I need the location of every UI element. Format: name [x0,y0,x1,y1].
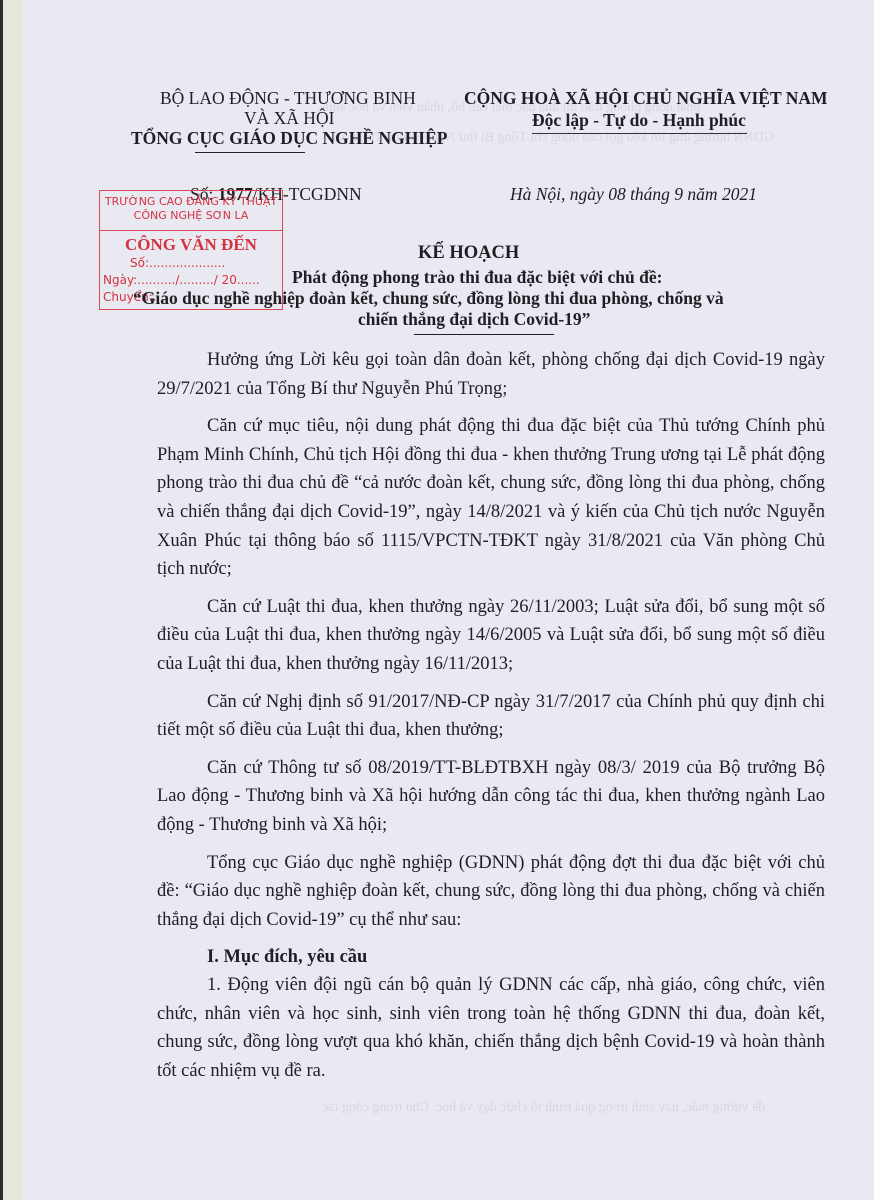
motto-underline [532,133,747,134]
stamp-school-line1: TRƯỜNG CAO ĐẲNG KỸ THUẬT [100,195,282,209]
body-paragraph: Căn cứ mục tiêu, nội dung phát động thi … [157,412,825,584]
bleed-through-text: đề vướng mắc, này sinh trong quá trình t… [322,1100,765,1116]
stamp-school: TRƯỜNG CAO ĐẲNG KỸ THUẬT CÔNG NGHỆ SƠN L… [100,191,282,231]
document-body: Hưởng ứng Lời kêu gọi toàn dân đoàn kết,… [157,346,825,1095]
department-name: TỔNG CỤC GIÁO DỤC NGHỀ NGHIỆP [131,128,447,149]
section-heading: I. Mục đích, yêu cầu [157,943,825,971]
national-motto: Độc lập - Tự do - Hạnh phúc [532,110,746,131]
ministry-line1: BỘ LAO ĐỘNG - THƯƠNG BINH [160,88,416,109]
stamp-date-field: Ngày:........../........./ 20...... [100,272,282,289]
body-paragraph: Căn cứ Thông tư số 08/2019/TT-BLĐTBXH ng… [157,754,825,840]
body-paragraph: Căn cứ Luật thi đua, khen thưởng ngày 26… [157,593,825,679]
body-paragraph: Tổng cục Giáo dục nghề nghiệp (GDNN) phá… [157,849,825,935]
document-page: phát động phong trào thi đua đặc biệt cá… [22,0,874,1200]
stamp-title: CÔNG VĂN ĐẾN [100,235,282,255]
stamp-school-line2: CÔNG NGHỆ SƠN LA [100,209,282,223]
title-underline [414,334,554,335]
subtitle-line3: chiến thắng đại dịch Covid-19” [358,309,590,330]
section-paragraph: 1. Động viên đội ngũ cán bộ quản lý GDNN… [157,971,825,1085]
body-paragraph: Căn cứ Nghị định số 91/2017/NĐ-CP ngày 3… [157,688,825,745]
department-underline [195,152,305,153]
body-paragraph: Hưởng ứng Lời kêu gọi toàn dân đoàn kết,… [157,346,825,403]
place-date: Hà Nội, ngày 08 tháng 9 năm 2021 [510,184,757,205]
scan-edge [0,0,3,1200]
stamp-so-field: Số:.................... [100,255,282,272]
nation-name: CỘNG HOÀ XÃ HỘI CHỦ NGHĨA VIỆT NAM [464,88,827,109]
ministry-line2: VÀ XÃ HỘI [244,108,334,129]
document-type-title: KẾ HOẠCH [418,243,519,264]
plan-title: KẾ HOẠCH [418,243,519,263]
subtitle-line1: Phát động phong trào thi đua đặc biệt vớ… [292,267,662,288]
subtitle-line2: “Giáo dục nghề nghiệp đoàn kết, chung sứ… [133,288,724,309]
scan-margin [0,0,22,1200]
